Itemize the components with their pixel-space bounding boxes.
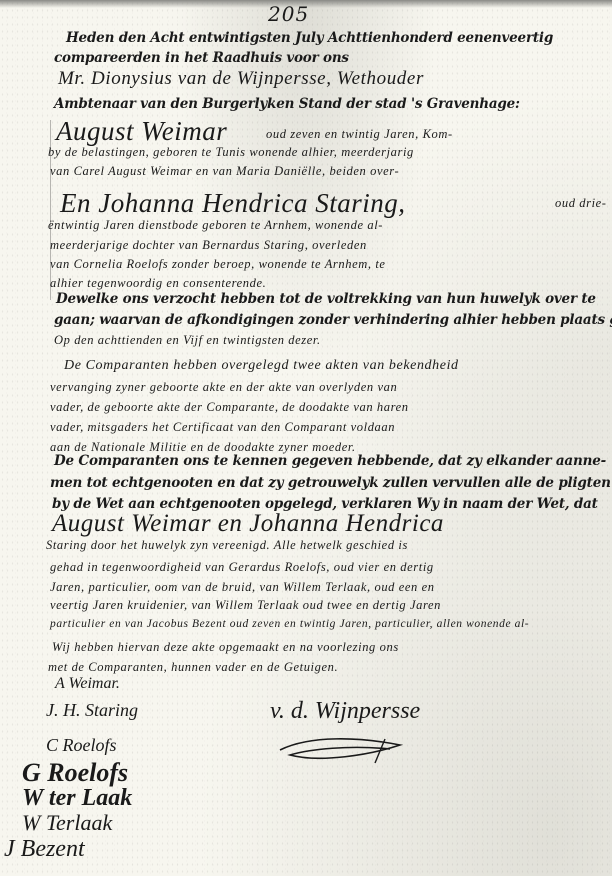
- signature-witness: G Roelofs: [22, 758, 128, 788]
- record-line: Dewelke ons verzocht hebben tot de voltr…: [56, 291, 596, 307]
- signature-witness: J Bezent: [4, 836, 85, 863]
- record-line: met de Comparanten, hunnen vader en de G…: [48, 660, 338, 675]
- record-line: gehad in tegenwoordigheid van Gerardus R…: [50, 560, 434, 575]
- record-line: oud zeven en twintig Jaren, Kom-: [266, 127, 453, 142]
- record-line: ëntwintig Jaren dienstbode geboren te Ar…: [48, 218, 383, 233]
- record-line: gaan; waarvan de afkondigingen zonder ve…: [54, 312, 612, 328]
- signature-witness: W ter Laak: [22, 785, 132, 812]
- record-line: particulier en van Jacobus Bezent oud ze…: [50, 618, 529, 630]
- record-line: Heden den Acht entwintigsten July Achtti…: [66, 30, 553, 46]
- record-line: De Comparanten ons te kennen gegeven heb…: [54, 453, 606, 469]
- record-line: van Carel August Weimar en van Maria Dan…: [50, 164, 399, 179]
- signature-witness: C Roelofs: [46, 735, 117, 756]
- record-line: Op den achttienden en Vijf en twintigste…: [54, 333, 321, 348]
- record-line: oud drie-: [555, 196, 607, 211]
- record-line: Staring door het huwelyk zyn vereenigd. …: [46, 538, 408, 553]
- signature-flourish-icon: [270, 735, 430, 765]
- record-line: alhier tegenwoordig en consenterende.: [50, 276, 266, 291]
- record-line: Ambtenaar van den Burgerlyken Stand der …: [54, 96, 520, 112]
- record-line: meerderjarige dochter van Bernardus Star…: [50, 238, 367, 253]
- signature-groom: A Weimar.: [55, 675, 120, 693]
- signature-witness: W Terlaak: [22, 810, 112, 836]
- record-line: De Comparanten hebben overgelegd twee ak…: [64, 358, 459, 374]
- record-line: vervanging zyner geboorte akte en der ak…: [50, 380, 397, 395]
- record-line: by de belastingen, geboren te Tunis wone…: [48, 145, 414, 160]
- record-line: van Cornelia Roelofs zonder beroep, wone…: [50, 257, 386, 272]
- record-line: veertig Jaren kruidenier, van Willem Ter…: [50, 598, 441, 613]
- bride-name: En Johanna Hendrica Staring,: [60, 188, 405, 219]
- record-line: men tot echtgenooten en dat zy getrouwel…: [50, 475, 611, 491]
- signature-bride: J. H. Staring: [46, 700, 138, 721]
- couple-names: August Weimar en Johanna Hendrica: [52, 510, 444, 538]
- page-number: 205: [268, 2, 309, 26]
- record-line: Wij hebben hiervan deze akte opgemaakt e…: [52, 640, 399, 655]
- groom-name: August Weimar: [56, 116, 227, 147]
- signature-official: v. d. Wijnpersse: [270, 698, 420, 725]
- record-line: vader, mitsgaders het Certificaat van de…: [50, 420, 395, 435]
- record-line: vader, de geboorte akte der Comparante, …: [50, 400, 409, 415]
- record-line: Mr. Dionysius van de Wijnpersse, Wethoud…: [58, 68, 424, 90]
- record-line: Jaren, particulier, oom van de bruid, va…: [50, 580, 435, 595]
- record-line: compareerden in het Raadhuis voor ons: [54, 50, 349, 66]
